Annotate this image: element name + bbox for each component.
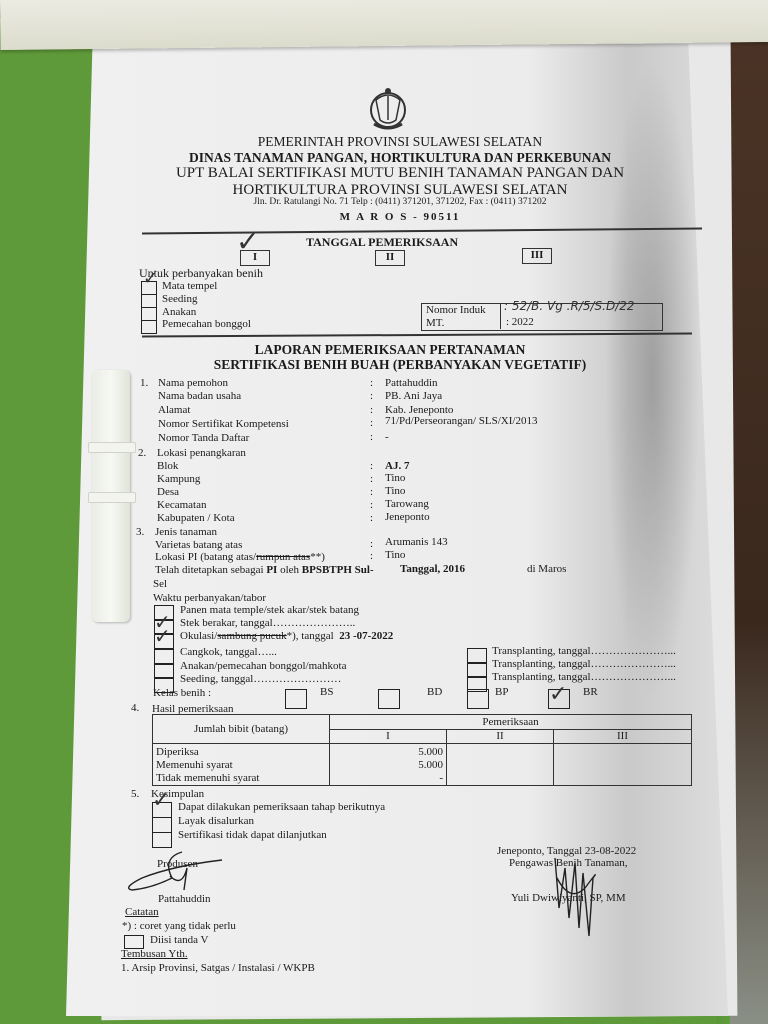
s2-colon: : [370, 486, 373, 498]
check-mark-icon: ✓ [549, 684, 567, 706]
section3-title: Jenis tanaman [155, 526, 217, 538]
waktu-option-3: Cangkok, tanggal…... [180, 646, 277, 658]
report-title-2: SERTIFIKASI BENIH BUAH (PERBANYAKAN VEGE… [180, 357, 620, 373]
check-mark-icon: ✓ [152, 790, 170, 812]
lokasi-label-struck: rumpun atas [256, 551, 310, 563]
s1-colon: : [370, 390, 373, 402]
s1-colon: : [370, 417, 373, 429]
kelas-label: Kelas benih : [153, 687, 211, 699]
check-mark-icon: ✓ [143, 270, 158, 288]
folder-fastener [92, 370, 130, 622]
s1-value-4: - [385, 431, 389, 443]
table-col-i-values: 5.000 5.000 - [330, 744, 447, 786]
s1-label-4: Nomor Tanda Daftar [158, 432, 249, 444]
s1-value-1: PB. Ani Jaya [385, 390, 442, 402]
section4-number: 4. [131, 702, 139, 714]
section-rule [142, 333, 692, 337]
waktu-option-0: Panen mata temple/stek akar/stek batang [180, 604, 359, 616]
s2-value-3: Tarowang [385, 498, 429, 510]
s1-label-2: Alamat [158, 404, 190, 416]
waktu-option-2: Okulasi/sambung pucuk*), tanggal 23 -07-… [180, 630, 393, 642]
table-cell: - [333, 772, 443, 785]
inspector-signature-icon [545, 848, 605, 938]
checkbox-anakan[interactable] [141, 307, 157, 321]
checkbox-layak-disalurkan[interactable] [152, 817, 172, 833]
checkbox-seeding[interactable] [141, 294, 157, 308]
note-2: Diisi tanda V [150, 934, 208, 946]
note-1: *) : coret yang tidak perlu [122, 920, 236, 932]
transplanting-3: Transplanting, tanggal…………………... [492, 671, 676, 683]
ditetapkan-di: di Maros [527, 563, 566, 575]
lokasi-label-part: **) [310, 551, 325, 563]
s1-label-1: Nama badan usaha [158, 390, 241, 402]
s2-colon: : [370, 460, 373, 472]
waktu-option-5: Seeding, tanggal…………………… [180, 673, 341, 685]
table-col-i: I [330, 729, 447, 744]
s1-value-0: Pattahuddin [385, 377, 438, 389]
transplanting-1: Transplanting, tanggal…………………... [492, 645, 676, 657]
s1-colon: : [370, 431, 373, 443]
ditetapkan-org: BPSBTPH [302, 564, 352, 576]
table-row-header: Jumlah bibit (batang) [153, 715, 330, 744]
okulasi-struck: sambung pucuk [217, 630, 286, 642]
ditetapkan-text: Telah ditetapkan sebagai PI oleh BPSBTPH… [155, 564, 374, 576]
varietas-value: Arumanis 143 [385, 536, 448, 548]
waktu-option-1: Stek berakar, tanggal………………….. [180, 617, 355, 629]
letterhead-address: Jln. Dr. Ratulangi No. 71 Telp : (0411) … [180, 197, 620, 207]
s1-colon: : [370, 377, 373, 389]
nomor-induk-value: : 52/B. Vg .R/5/S.D/22 [504, 299, 635, 313]
fastener-band [88, 442, 136, 453]
producer-name: Pattahuddin [158, 893, 211, 905]
stage-box-iii: III [522, 248, 552, 264]
varietas-label: Varietas batang atas [155, 539, 242, 551]
mt-label: MT. [426, 317, 444, 329]
conclusion-option-2: Sertifikasi tidak dapat dilanjutkan [178, 829, 327, 841]
option-pemecahan-bonggol: Pemecahan bonggol [162, 318, 251, 330]
checkbox-sertifikasi-tidak[interactable] [152, 832, 172, 848]
s2-value-0: AJ. 7 [385, 460, 409, 472]
ditetapkan-part: Sul- [352, 564, 374, 576]
table-cell: 5.000 [333, 746, 443, 759]
checkbox-bp[interactable] [467, 689, 489, 709]
letterhead-line3: UPT BALAI SERTIFIKASI MUTU BENIH TANAMAN… [170, 165, 630, 182]
lokasi-pi-value: Tino [385, 549, 405, 561]
ditetapkan-tanggal: Tanggal, 2016 [400, 563, 465, 575]
notes-title: Catatan [125, 906, 159, 918]
cc-title: Tembusan Yth. [121, 948, 188, 960]
table-col-ii-values [447, 744, 554, 786]
ditetapkan-wrap: Sel [153, 578, 167, 590]
ditetapkan-part: oleh [277, 564, 301, 576]
waktu-title: Waktu perbanyakan/tabor [153, 592, 266, 604]
registry-divider [500, 303, 501, 329]
s2-label-0: Blok [157, 460, 178, 472]
section5-number: 5. [131, 788, 139, 800]
s2-colon: : [370, 512, 373, 524]
table-col-iii: III [554, 729, 692, 744]
fastener-band [88, 492, 136, 503]
producer-signature-icon [122, 848, 232, 898]
stage-box-ii: II [375, 250, 405, 266]
okulasi-date: 23 -07-2022 [339, 630, 393, 642]
s3-colon: : [370, 550, 373, 562]
s1-label-0: Nama pemohon [158, 377, 228, 389]
option-seeding: Seeding [162, 293, 197, 305]
s2-label-4: Kabupaten / Kota [157, 512, 235, 524]
report-title-1: LAPORAN PEMERIKSAAN PERTANAMAN [180, 342, 600, 358]
legend-checkbox [124, 935, 144, 949]
provincial-emblem-icon [366, 86, 410, 134]
section2-title: Lokasi penangkaran [157, 447, 246, 459]
s2-value-4: Jeneponto [385, 511, 430, 523]
letterhead-line2: DINAS TANAMAN PANGAN, HORTIKULTURA DAN P… [180, 150, 620, 166]
s2-value-2: Tino [385, 485, 405, 497]
transplanting-2: Transplanting, tanggal…………………... [492, 658, 676, 670]
s2-label-2: Desa [157, 486, 179, 498]
kelas-bp: BP [495, 686, 508, 698]
kelas-bs: BS [320, 686, 333, 698]
section3-number: 3. [136, 526, 144, 538]
s2-label-3: Kecamatan [157, 499, 206, 511]
checkbox-pemecahan-bonggol[interactable] [141, 320, 157, 334]
kelas-bd: BD [427, 686, 442, 698]
table-row-label: Tidak memenuhi syarat [156, 772, 326, 785]
lokasi-label-part: Lokasi PI (batang atas/ [155, 551, 256, 563]
okulasi-part: Okulasi/ [180, 630, 217, 642]
s3-colon: : [370, 538, 373, 550]
section2-number: 2. [138, 447, 146, 459]
s2-colon: : [370, 473, 373, 485]
table-group-header: Pemeriksaan [330, 715, 692, 730]
s1-value-3: 71/Pd/Perseorangan/ SLS/XI/2013 [385, 415, 537, 427]
section1-number: 1. [140, 377, 148, 389]
table-row-labels: Diperiksa Memenuhi syarat Tidak memenuhi… [153, 744, 330, 786]
checkbox-bd[interactable] [378, 689, 400, 709]
inspection-results-table: Jumlah bibit (batang) Pemeriksaan I II I… [152, 714, 692, 786]
s1-label-3: Nomor Sertifikat Kompetensi [158, 418, 289, 430]
option-anakan: Anakan [162, 306, 196, 318]
folder-cover-strip [0, 0, 768, 50]
header-rule [142, 228, 702, 235]
option-mata-tempel: Mata tempel [162, 280, 217, 292]
s2-label-1: Kampung [157, 473, 200, 485]
ditetapkan-part: Telah ditetapkan sebagai [155, 564, 266, 576]
checkbox-bs[interactable] [285, 689, 307, 709]
letterhead-city: M A R O S - 90511 [180, 211, 620, 223]
s1-colon: : [370, 404, 373, 416]
inspection-date-title: TANGGAL PEMERIKSAAN [306, 235, 458, 250]
ditetapkan-pi: PI [266, 564, 277, 576]
lokasi-pi-label: Lokasi PI (batang atas/rumpun atas**) [155, 551, 325, 563]
check-mark-icon: ✓ [236, 228, 259, 256]
cc-item: 1. Arsip Provinsi, Satgas / Instalasi / … [121, 962, 315, 974]
conclusion-option-1: Layak disalurkan [178, 815, 254, 827]
table-body-row: Diperiksa Memenuhi syarat Tidak memenuhi… [153, 744, 692, 786]
okulasi-part: *), tanggal [287, 630, 337, 642]
letterhead-line1: PEMERINTAH PROVINSI SULAWESI SELATAN [180, 134, 620, 150]
mt-value: : 2022 [506, 316, 534, 328]
table-cell: 5.000 [333, 759, 443, 772]
table-row-label: Diperiksa [156, 746, 326, 759]
table-row-label: Memenuhi syarat [156, 759, 326, 772]
s2-colon: : [370, 499, 373, 511]
conclusion-option-0: Dapat dilakukan pemeriksaan tahap beriku… [178, 801, 385, 813]
table-col-ii: II [447, 729, 554, 744]
table-col-iii-values [554, 744, 692, 786]
waktu-option-4: Anakan/pemecahan bonggol/mahkota [180, 660, 346, 672]
s2-value-1: Tino [385, 472, 405, 484]
check-mark-icon: ✓ [154, 626, 171, 646]
nomor-induk-label: Nomor Induk [426, 304, 486, 316]
kelas-br: BR [583, 686, 598, 698]
